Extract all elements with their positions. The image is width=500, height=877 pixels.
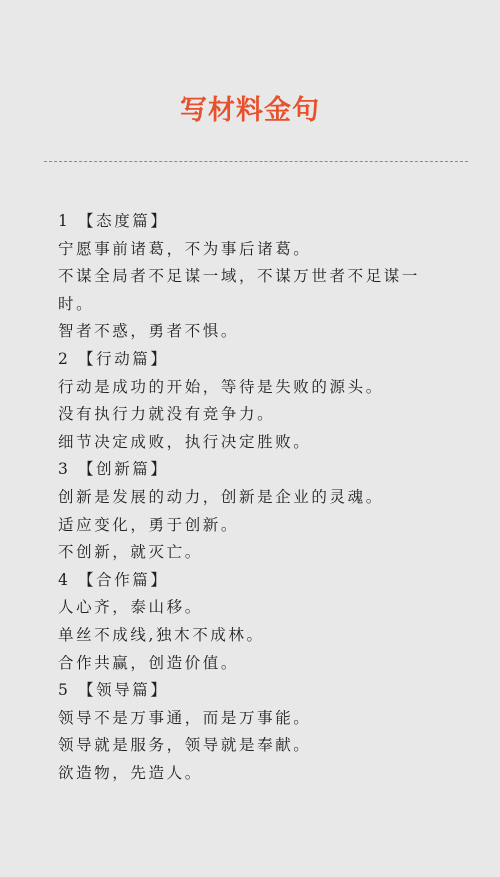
section-number: 4 xyxy=(58,567,78,595)
quote-line: 行动是成功的开始，等待是失败的源头。 xyxy=(58,374,458,402)
quote-line: 欲造物，先造人。 xyxy=(58,760,458,788)
quote-line: 领导不是万事通，而是万事能。 xyxy=(58,705,458,733)
section-number: 3 xyxy=(58,456,78,484)
section-heading: 3【创新篇】 xyxy=(58,456,458,484)
section-heading: 1【态度篇】 xyxy=(58,208,458,236)
section-title: 【领导篇】 xyxy=(78,681,169,699)
quote-line: 时。 xyxy=(58,291,458,319)
quote-line: 领导就是服务，领导就是奉献。 xyxy=(58,732,458,760)
quote-line: 没有执行力就没有竞争力。 xyxy=(58,401,458,429)
quote-line: 不谋全局者不足谋一域，不谋万世者不足谋一 xyxy=(58,263,458,291)
page-title: 写材料金句 xyxy=(0,88,500,127)
quote-line: 智者不惑，勇者不惧。 xyxy=(58,318,458,346)
quote-line: 单丝不成线,独木不成林。 xyxy=(58,622,458,650)
section-heading: 4【合作篇】 xyxy=(58,567,458,595)
quote-line: 适应变化，勇于创新。 xyxy=(58,512,458,540)
quote-line: 人心齐，泰山移。 xyxy=(58,594,458,622)
section-heading: 5【领导篇】 xyxy=(58,677,458,705)
quote-line: 合作共赢，创造价值。 xyxy=(58,650,458,678)
section-heading: 2【行动篇】 xyxy=(58,346,458,374)
section-title: 【态度篇】 xyxy=(78,212,169,230)
section-title: 【行动篇】 xyxy=(78,350,169,368)
section-title: 【合作篇】 xyxy=(78,571,169,589)
section-number: 2 xyxy=(58,346,78,374)
quote-line: 创新是发展的动力，创新是企业的灵魂。 xyxy=(58,484,458,512)
section-number: 5 xyxy=(58,677,78,705)
quote-list: 1【态度篇】 宁愿事前诸葛，不为事后诸葛。 不谋全局者不足谋一域，不谋万世者不足… xyxy=(58,208,458,787)
section-number: 1 xyxy=(58,208,78,236)
quote-line: 不创新，就灭亡。 xyxy=(58,539,458,567)
dashed-divider xyxy=(44,161,468,162)
quote-line: 宁愿事前诸葛，不为事后诸葛。 xyxy=(58,236,458,264)
quote-line: 细节决定成败，执行决定胜败。 xyxy=(58,429,458,457)
section-title: 【创新篇】 xyxy=(78,460,169,478)
